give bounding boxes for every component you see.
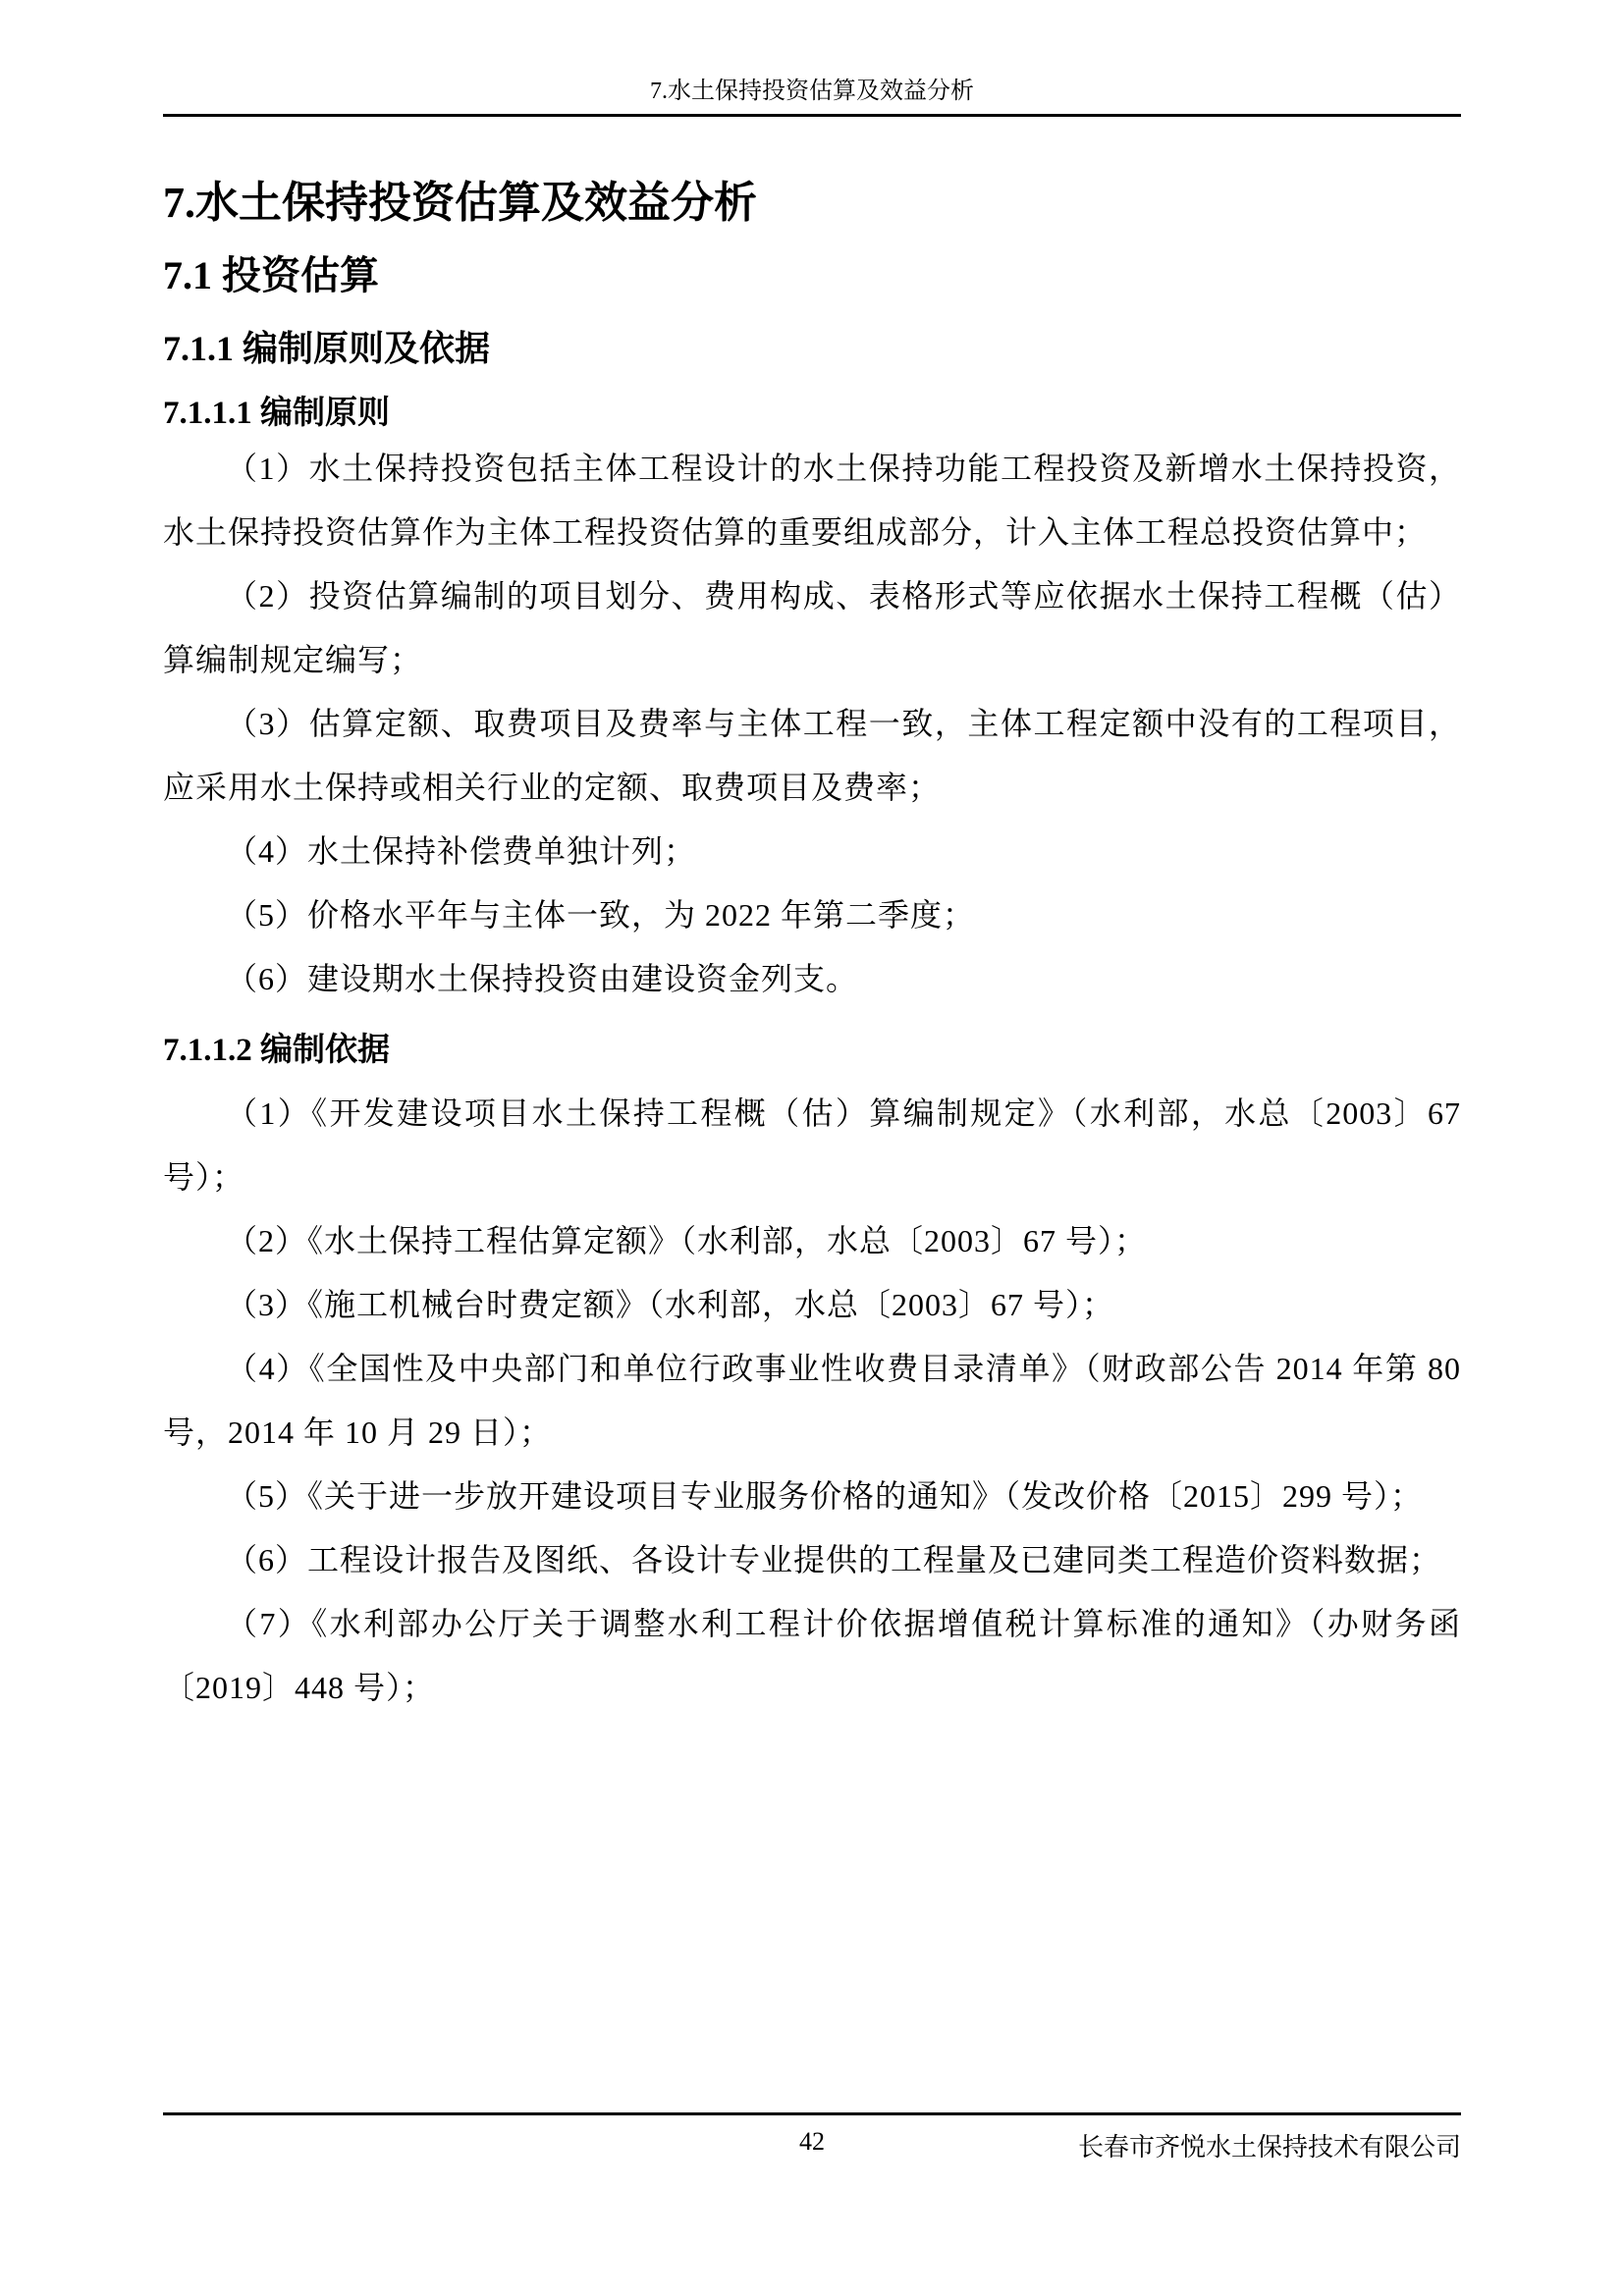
principle-item-5: （5）价格水平年与主体一致，为 2022 年第二季度；	[163, 883, 1461, 947]
basis-item-6: （6）工程设计报告及图纸、各设计专业提供的工程量及已建同类工程造价资料数据；	[163, 1528, 1461, 1592]
basis-item-3: （3）《施工机械台时费定额》（水利部，水总〔2003〕67 号）；	[163, 1273, 1461, 1337]
basis-list: （1）《开发建设项目水土保持工程概（估）算编制规定》（水利部，水总〔2003〕6…	[163, 1082, 1461, 1720]
principle-item-6: （6）建设期水土保持投资由建设资金列支。	[163, 947, 1461, 1011]
section-title-7-1: 7.1 投资估算	[163, 248, 1461, 303]
running-header: 7.水土保持投资估算及效益分析	[163, 77, 1461, 117]
principles-list: （1）水土保持投资包括主体工程设计的水土保持功能工程投资及新增水土保持投资，水土…	[163, 437, 1461, 1011]
principle-item-2: （2）投资估算编制的项目划分、费用构成、表格形式等应依据水土保持工程概（估）算编…	[163, 564, 1461, 692]
basis-item-7: （7）《水利部办公厅关于调整水利工程计价依据增值税计算标准的通知》（办财务函〔2…	[163, 1592, 1461, 1720]
document-page: 7.水土保持投资估算及效益分析 7.水土保持投资估算及效益分析 7.1 投资估算…	[0, 0, 1624, 2296]
page-number: 42	[799, 2127, 825, 2157]
page-footer: 42 长春市齐悦水土保持技术有限公司	[163, 2112, 1461, 2186]
basis-item-1: （1）《开发建设项目水土保持工程概（估）算编制规定》（水利部，水总〔2003〕6…	[163, 1082, 1461, 1209]
section-title-7-1-1-2: 7.1.1.2 编制依据	[163, 1027, 1461, 1074]
basis-item-2: （2）《水土保持工程估算定额》（水利部，水总〔2003〕67 号）；	[163, 1209, 1461, 1273]
principle-item-1: （1）水土保持投资包括主体工程设计的水土保持功能工程投资及新增水土保持投资，水土…	[163, 437, 1461, 564]
section-title-7-1-1-1: 7.1.1.1 编制原则	[163, 390, 1461, 437]
basis-item-5: （5）《关于进一步放开建设项目专业服务价格的通知》（发改价格〔2015〕299 …	[163, 1465, 1461, 1528]
principle-item-4: （4）水土保持补偿费单独计列；	[163, 820, 1461, 883]
basis-item-4: （4）《全国性及中央部门和单位行政事业性收费目录清单》（财政部公告 2014 年…	[163, 1337, 1461, 1465]
section-title-7-1-1: 7.1.1 编制原则及依据	[163, 323, 1461, 374]
chapter-title: 7.水土保持投资估算及效益分析	[163, 174, 1461, 233]
text-column: 7.水土保持投资估算及效益分析 7.水土保持投资估算及效益分析 7.1 投资估算…	[163, 0, 1461, 1720]
footer-company-name: 长春市齐悦水土保持技术有限公司	[1078, 2127, 1461, 2163]
principle-item-3: （3）估算定额、取费项目及费率与主体工程一致，主体工程定额中没有的工程项目，应采…	[163, 692, 1461, 820]
